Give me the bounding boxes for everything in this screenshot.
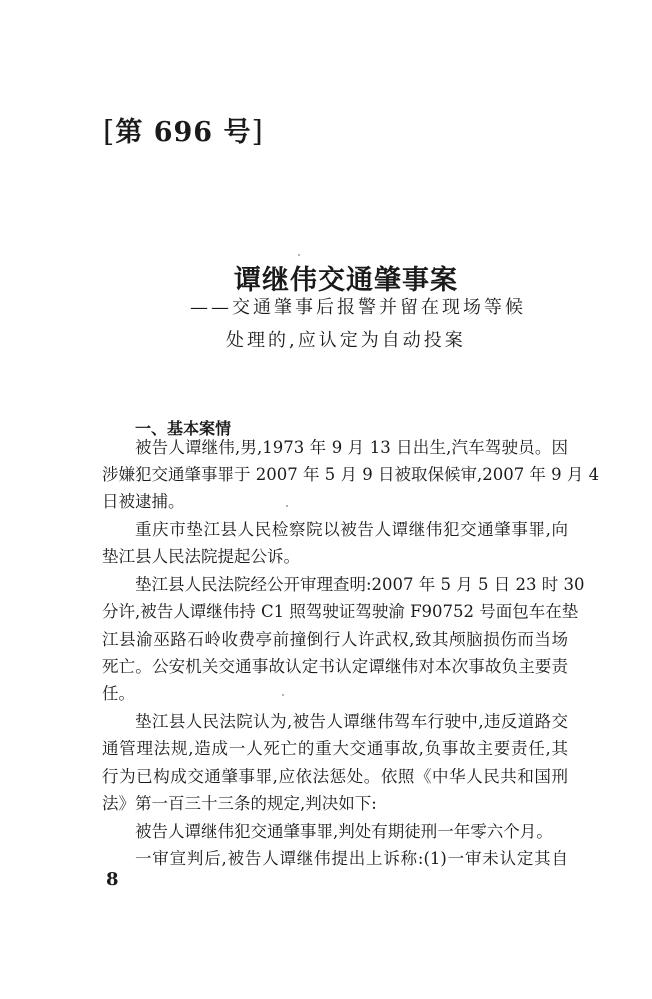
case-number: [第 696 号] [103,110,264,149]
case-title: 谭继伟交通肇事案 [0,258,652,297]
body-line: 涉嫌犯交通肇事罪于 2007 年 5 月 9 日被取保候审,2007 年 9 月… [102,463,568,487]
scan-speck [286,505,288,507]
body-line: 垫江县人民法院经公开审理查明:2007 年 5 月 5 日 23 时 30 [135,573,568,597]
body-line: 一审宣判后,被告人谭继伟提出上诉称:(1)一审未认定其自 [135,847,568,871]
body-line: 任。 [102,682,568,706]
close-bracket: ] [252,114,264,148]
body-line: 分许,被告人谭继伟持 C1 照驾驶证驾驶渝 F90752 号面包车在垫 [102,600,568,624]
body-line: 被告人谭继伟,男,1973 年 9 月 13 日出生,汽车驾驶员。因 [135,436,568,460]
case-subtitle-line-1: ——交通肇事后报警并留在现场等候 [190,293,526,319]
open-bracket: [ [103,114,115,148]
case-subtitle-line-2: 处理的,应认定为自动投案 [226,326,466,352]
body-line: 日被逮捕。 [102,490,568,514]
body-line: 垫江县人民法院认为,被告人谭继伟驾车行驶中,违反道路交 [135,710,568,734]
body-line: 垫江县人民法院提起公诉。 [102,545,568,569]
body-line: 行为已构成交通肇事罪,应依法惩处。依照《中华人民共和国刑 [102,765,568,789]
page-number: 8 [106,869,119,890]
book-page: [第 696 号] 谭继伟交通肇事案 ——交通肇事后报警并留在现场等候 处理的,… [0,0,652,999]
scan-speck [282,694,284,696]
body-line: 法》第一百三十三条的规定,判决如下: [102,792,568,816]
scan-speck [298,254,300,256]
body-line: 重庆市垫江县人民检察院以被告人谭继伟犯交通肇事罪,向 [135,518,568,542]
body-line: 死亡。公安机关交通事故认定书认定谭继伟对本次事故负主要责 [102,655,568,679]
body-line: 被告人谭继伟犯交通肇事罪,判处有期徒刑一年零六个月。 [135,820,568,844]
body-line: 江县渝巫路石岭收费亭前撞倒行人许武权,致其颅脑损伤而当场 [102,628,568,652]
body-line: 通管理法规,造成一人死亡的重大交通事故,负事故主要责任,其 [102,737,568,761]
case-number-text: 第 696 号 [115,117,251,148]
